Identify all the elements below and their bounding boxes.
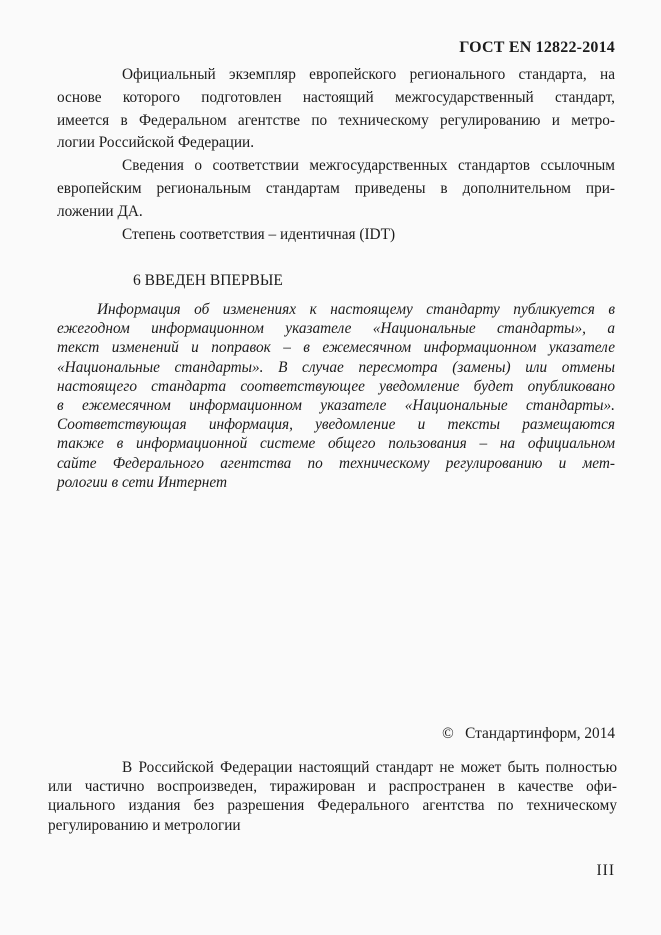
text-line: или частично воспроизведен, тиражирован … (48, 777, 617, 796)
document-title-header: ГОСТ EN 12822-2014 (57, 38, 615, 57)
text-line: циального издания без разрешения Федерал… (48, 796, 617, 815)
text-line: имеется в Федеральном агентстве по техни… (57, 110, 615, 133)
text-line: В Российской Федерации настоящий стандар… (48, 758, 617, 777)
page-number: III (57, 861, 615, 880)
text-line: также в информационной системе общего по… (57, 434, 615, 453)
text-line: в ежемесячном информационном указателе «… (57, 396, 615, 415)
text-line: основе которого подготовлен настоящий ме… (57, 87, 615, 110)
text-line: ложении ДА. (57, 201, 615, 224)
text-line: сайте Федерального агентства по техничес… (57, 454, 615, 473)
degree-of-conformity-line: Степень соответствия – идентичная (IDT) (57, 224, 615, 247)
paragraph-official-copy: Официальный экземпляр европейского регио… (57, 64, 615, 155)
paragraph-correspondence: Сведения о соответствии межгосударственн… (57, 155, 615, 223)
text-line: регулированию и метрологии (48, 816, 617, 835)
copyright-notice: © Стандартинформ, 2014 (57, 724, 615, 744)
text-line: ежегодном информационном указателе «Наци… (57, 319, 615, 338)
text-line: рологии в сети Интернет (57, 473, 615, 492)
text-line: Сведения о соответствии межгосударственн… (57, 155, 615, 178)
paragraph-reproduction-restriction: В Российской Федерации настоящий стандар… (48, 758, 617, 835)
text-line: настоящего стандарта соответствующее уве… (57, 377, 615, 396)
introduced-first-time-heading: 6 ВВЕДЕН ВПЕРВЫЕ (133, 271, 283, 290)
text-line: Официальный экземпляр европейского регио… (57, 64, 615, 87)
document-page: ГОСТ EN 12822-2014 Официальный экземпляр… (0, 0, 661, 935)
text-line: европейским региональным стандартам прив… (57, 178, 615, 201)
foreword-section: Официальный экземпляр европейского регио… (57, 64, 615, 246)
text-line: Информация об изменениях к настоящему ст… (57, 300, 615, 319)
text-line: Соответствующая информация, уведомление … (57, 415, 615, 434)
text-line: текст изменений и поправок – в ежемесячн… (57, 338, 615, 357)
text-line: «Национальные стандарты». В случае перес… (57, 358, 615, 377)
text-line: логии Российской Федерации. (57, 132, 615, 155)
paragraph-info-notice: Информация об изменениях к настоящему ст… (57, 300, 615, 492)
